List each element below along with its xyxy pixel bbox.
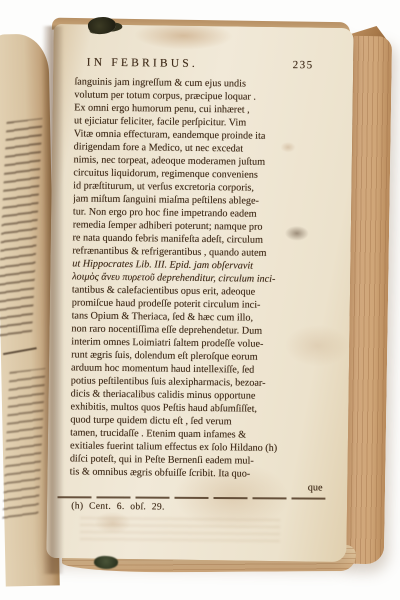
left-page-text-blur — [0, 118, 43, 338]
header-title: IN FEBRIBUS. — [75, 56, 198, 70]
book-photo: IN FEBRIBUS. 235 ſanguinis jam ingreſſum… — [0, 0, 400, 600]
page-content: IN FEBRIBUS. 235 ſanguinis jam ingreſſum… — [69, 56, 334, 514]
running-header: IN FEBRIBUS. 235 — [75, 56, 334, 74]
gutter-shadow — [42, 26, 64, 574]
ink-show-through — [80, 517, 280, 545]
left-page-footnote-rule — [3, 347, 37, 355]
left-page-text-blur — [2, 368, 45, 522]
footnote-rule — [57, 496, 325, 499]
page-number: 235 — [293, 59, 334, 72]
body-text: ſanguinis jam ingreſſum & cum ejus undis… — [70, 75, 334, 481]
